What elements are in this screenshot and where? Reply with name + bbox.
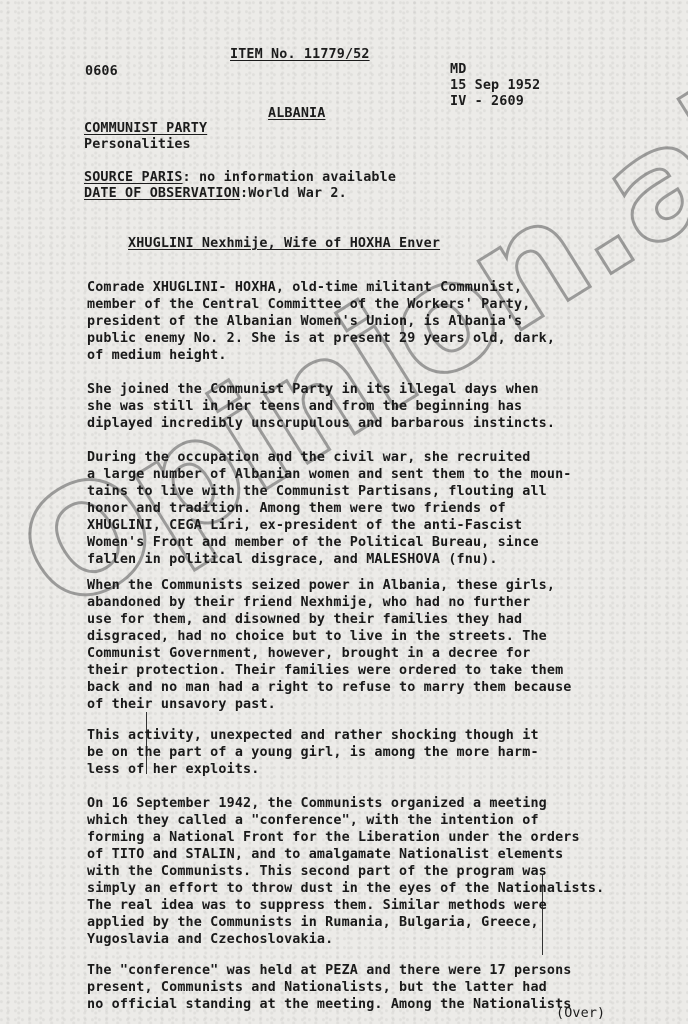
text-line: public enemy No. 2. She is at present 29…	[87, 330, 667, 347]
text-line: Yugoslavia and Czechoslovakia.	[87, 931, 667, 948]
text-line: member of the Central Committee of the W…	[87, 296, 667, 313]
text-line: use for them, and disowned by their fami…	[87, 611, 667, 628]
paragraph-4: When the Communists seized power in Alba…	[87, 577, 667, 713]
category-heading: COMMUNIST PARTY	[84, 120, 207, 137]
text-line: On 16 September 1942, the Communists org…	[87, 795, 667, 812]
routing-date: 15 Sep 1952	[450, 77, 540, 94]
text-line: which they called a "conference", with t…	[87, 812, 667, 829]
text-line: diplayed incredibly unscrupulous and bar…	[87, 415, 667, 432]
paragraph-6: On 16 September 1942, the Communists org…	[87, 795, 667, 948]
routing-line-3: IV - 2609	[450, 93, 524, 110]
text-line: The real idea was to suppress them. Simi…	[87, 897, 667, 914]
text-line: fallen in political disgrace, and MALESH…	[87, 551, 667, 568]
text-line: disgraced, had no choice but to live in …	[87, 628, 667, 645]
text-line: Comrade XHUGLINI- HOXHA, old-time milita…	[87, 279, 667, 296]
doc-code: 0606	[85, 63, 118, 80]
text-line: president of the Albanian Women's Union,…	[87, 313, 667, 330]
text-line: applied by the Communists in Rumania, Bu…	[87, 914, 667, 931]
text-line: The "conference" was held at PEZA and th…	[87, 962, 667, 979]
source-value: : no information available	[183, 170, 397, 185]
text-line: During the occupation and the civil war,…	[87, 449, 667, 466]
text-line: She joined the Communist Party in its il…	[87, 381, 667, 398]
text-line: she was still in her teens and from the …	[87, 398, 667, 415]
text-line: Women's Front and member of the Politica…	[87, 534, 667, 551]
document-page: Opinion.al ITEM No. 11779/52 0606 MD 15 …	[0, 0, 688, 1024]
text-line: less of her exploits.	[87, 761, 667, 778]
text-line: of TITO and STALIN, and to amalgamate Na…	[87, 846, 667, 863]
text-line: with the Communists. This second part of…	[87, 863, 667, 880]
text-line: Communist Government, however, brought i…	[87, 645, 667, 662]
text-line: their protection. Their families were or…	[87, 662, 667, 679]
observation-line: DATE OF OBSERVATION:World War 2.	[84, 185, 347, 202]
text-line: honor and tradition. Among them were two…	[87, 500, 667, 517]
text-line: abandoned by their friend Nexhmije, who …	[87, 594, 667, 611]
observation-value: :World War 2.	[240, 186, 347, 201]
country-heading: ALBANIA	[268, 105, 325, 122]
item-number: ITEM No. 11779/52	[230, 46, 370, 63]
subject-title: XHUGLINI Nexhmije, Wife of HOXHA Enver	[128, 235, 440, 252]
source-line: SOURCE PARIS: no information available	[84, 169, 396, 186]
continuation-note: (Over)	[556, 1005, 605, 1022]
observation-label: DATE OF OBSERVATION	[84, 186, 240, 201]
paragraph-3: During the occupation and the civil war,…	[87, 449, 667, 568]
text-line: present, Communists and Nationalists, bu…	[87, 979, 667, 996]
paragraph-1: Comrade XHUGLINI- HOXHA, old-time milita…	[87, 279, 667, 364]
routing-line-1: MD	[450, 61, 466, 78]
text-line: a large number of Albanian women and sen…	[87, 466, 667, 483]
text-line: simply an effort to throw dust in the ey…	[87, 880, 667, 897]
text-line: of medium height.	[87, 347, 667, 364]
paragraph-5: This activity, unexpected and rather sho…	[87, 727, 667, 778]
text-line: forming a National Front for the Liberat…	[87, 829, 667, 846]
text-line: When the Communists seized power in Alba…	[87, 577, 667, 594]
subcategory: Personalities	[84, 136, 191, 153]
text-line: This activity, unexpected and rather sho…	[87, 727, 667, 744]
text-line: of their unsavory past.	[87, 696, 667, 713]
text-line: back and no man had a right to refuse to…	[87, 679, 667, 696]
paragraph-2: She joined the Communist Party in its il…	[87, 381, 667, 432]
source-label: SOURCE PARIS	[84, 170, 183, 185]
text-line: XHUGLINI, CEGA Liri, ex-president of the…	[87, 517, 667, 534]
text-line: be on the part of a young girl, is among…	[87, 744, 667, 761]
text-line: tains to live with the Communist Partisa…	[87, 483, 667, 500]
